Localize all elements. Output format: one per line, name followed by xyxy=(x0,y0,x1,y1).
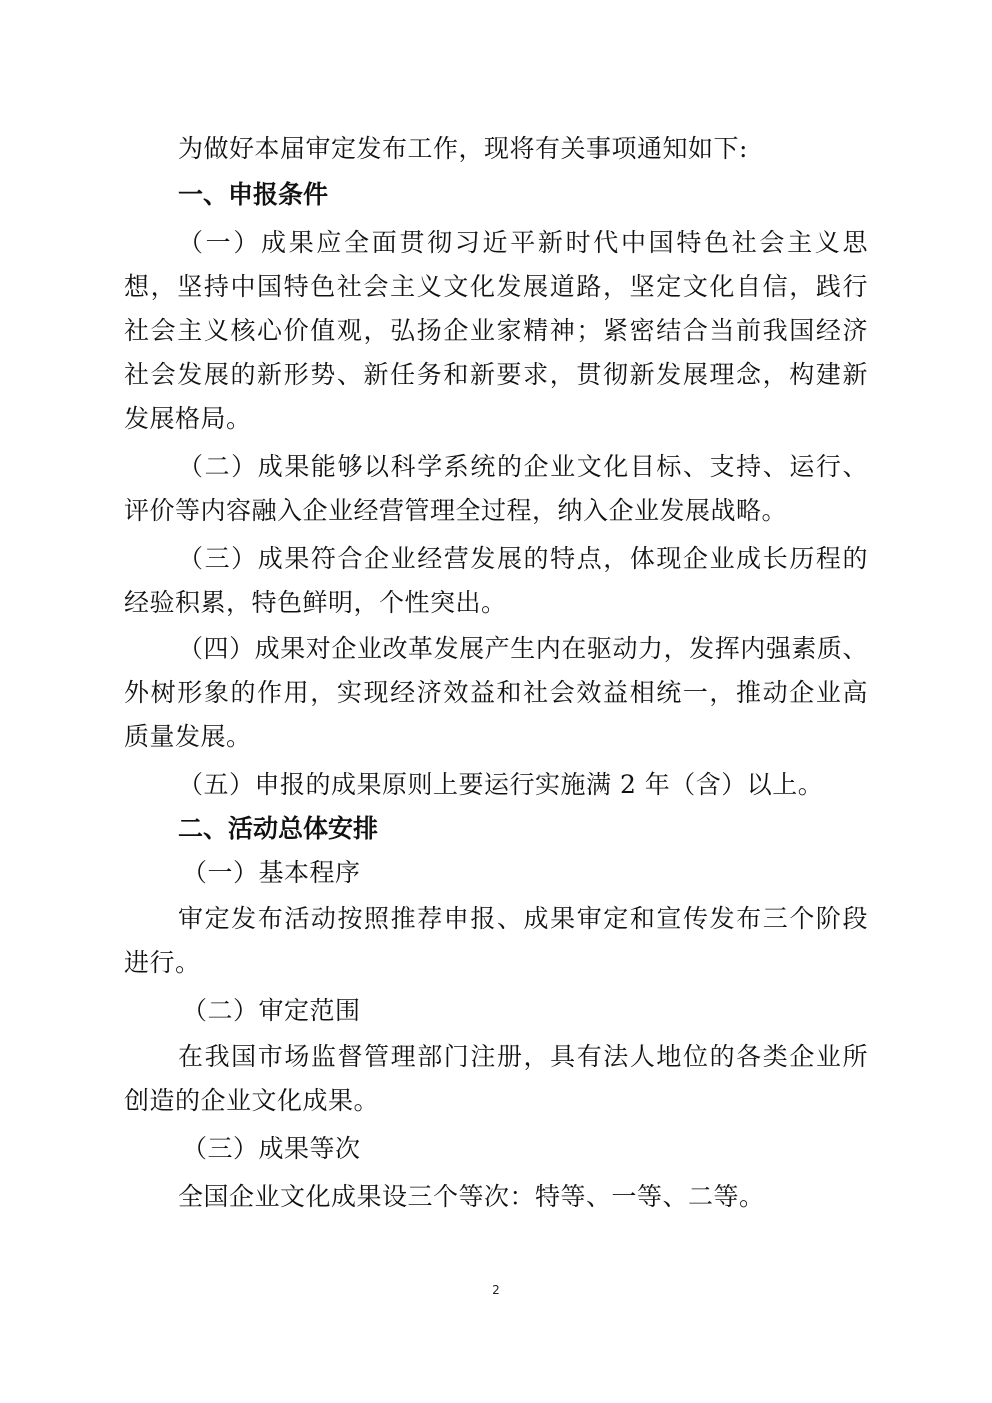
paragraph-line: （五）申报的成果原则上要运行实施满 2 年（含）以上。 xyxy=(178,768,868,802)
section-heading: 一、申报条件 xyxy=(178,178,868,212)
paragraph-line: 社会发展的新形势、新任务和新要求，贯彻新发展理念，构建新 xyxy=(124,358,868,392)
subsection-heading: （二）审定范围 xyxy=(182,994,926,1028)
section-heading: 二、活动总体安排 xyxy=(178,812,868,846)
page-number: 2 xyxy=(0,1283,992,1297)
document-page: 为做好本届审定发布工作，现将有关事项通知如下:一、申报条件（一）成果应全面贯彻习… xyxy=(0,0,992,1403)
subsection-heading: （三）成果等次 xyxy=(182,1132,926,1166)
paragraph-line: 质量发展。 xyxy=(124,720,868,754)
paragraph-line: 在我国市场监督管理部门注册，具有法人地位的各类企业所 xyxy=(178,1040,868,1074)
paragraph-line: 全国企业文化成果设三个等次：特等、一等、二等。 xyxy=(178,1180,868,1214)
paragraph-line: （三）成果符合企业经营发展的特点，体现企业成长历程的 xyxy=(178,542,868,576)
paragraph-line: 想，坚持中国特色社会主义文化发展道路，坚定文化自信，践行 xyxy=(124,270,868,304)
paragraph-line: （四）成果对企业改革发展产生内在驱动力，发挥内强素质、 xyxy=(178,632,868,666)
paragraph-line: 社会主义核心价值观，弘扬企业家精神；紧密结合当前我国经济 xyxy=(124,314,868,348)
paragraph-line: 为做好本届审定发布工作，现将有关事项通知如下: xyxy=(178,132,868,166)
paragraph-line: 审定发布活动按照推荐申报、成果审定和宣传发布三个阶段 xyxy=(178,902,868,936)
paragraph-line: 发展格局。 xyxy=(124,402,868,436)
paragraph-line: （二）成果能够以科学系统的企业文化目标、支持、运行、 xyxy=(178,450,868,484)
paragraph-line: （一）成果应全面贯彻习近平新时代中国特色社会主义思 xyxy=(178,226,868,260)
paragraph-line: 经验积累，特色鲜明，个性突出。 xyxy=(124,586,868,620)
paragraph-line: 外树形象的作用，实现经济效益和社会效益相统一，推动企业高 xyxy=(124,676,868,710)
paragraph-line: 评价等内容融入企业经营管理全过程，纳入企业发展战略。 xyxy=(124,494,868,528)
paragraph-line: 进行。 xyxy=(124,946,868,980)
subsection-heading: （一）基本程序 xyxy=(182,856,926,890)
paragraph-line: 创造的企业文化成果。 xyxy=(124,1084,868,1118)
